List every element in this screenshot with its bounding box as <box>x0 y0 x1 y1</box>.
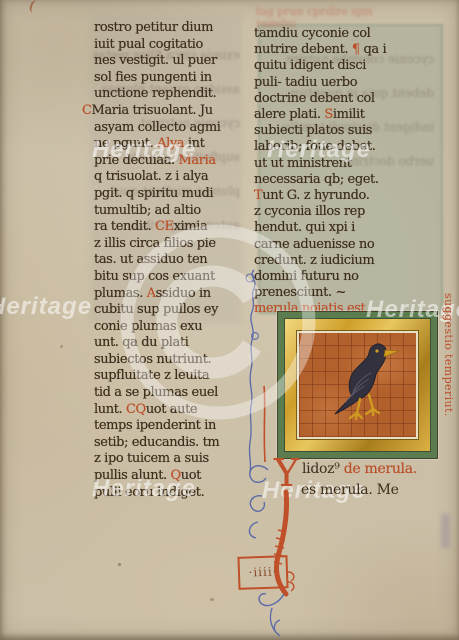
initial-pen-flourish <box>228 452 318 640</box>
body-text: uot aute <box>146 402 197 417</box>
body-text: tamdiu cyconie col <box>254 26 370 41</box>
rubricated-text: Maria <box>179 153 216 168</box>
caption-author: lidoz⁹ <box>302 461 344 477</box>
body-text: carne aduenisse no <box>254 237 374 252</box>
body-text: uot <box>181 468 201 483</box>
body-text: z ipo tuicem a suis <box>94 451 209 466</box>
body-text: tas. ut assiduo ten <box>94 252 207 267</box>
body-text: tumultib; ad altio <box>94 203 201 218</box>
body-text: prie decuiaa. <box>94 153 179 168</box>
body-text: z illis circa filios pie <box>94 236 216 251</box>
body-text: doctrine debent col <box>254 91 375 106</box>
body-text: alere plati. <box>254 107 324 122</box>
vertical-margin-rubric: suggestio temperiut. <box>442 293 455 417</box>
text-column-right: tamdiu cyconie colnutrire debent. ¶ qa i… <box>254 26 386 318</box>
body-text: unt. qa du plati <box>94 335 188 350</box>
body-text: sol fies pungenti in <box>94 70 212 85</box>
caption-line-2: es merula. Me <box>301 482 399 498</box>
inner-frame-line <box>296 330 419 440</box>
caption-rubric: de merula. <box>344 461 417 477</box>
body-text: ssiduo in <box>156 286 211 301</box>
rubricated-text: CQ <box>126 402 146 417</box>
body-text: cubitu sup pullos ey <box>94 302 218 317</box>
body-text: nutrire debent. <box>254 42 352 57</box>
body-text: pulli eoru indiget. <box>94 485 204 500</box>
gold-frame-band <box>284 318 431 452</box>
rubricated-text: C <box>82 103 92 118</box>
body-text: necessaria qb; eget. <box>254 172 379 187</box>
body-text: laborib; foue debet. <box>254 139 376 154</box>
body-text: ximia <box>174 219 208 234</box>
body-text: q trisuolat. z i alya <box>94 169 208 184</box>
body-text: quitu idigent disci <box>254 58 366 73</box>
body-text: conie plumas exu <box>94 319 202 334</box>
body-text: int <box>184 136 204 151</box>
caption-line-1: lidoz⁹ de merula. <box>302 461 417 477</box>
body-text: hendut. qui xpi i <box>254 220 355 235</box>
rubricated-text: A <box>147 286 156 301</box>
body-text: puli- tadiu uerbo <box>254 75 357 90</box>
body-text: pullis alunt. <box>94 468 171 483</box>
speck <box>210 598 214 601</box>
heritage-watermark: Heritage <box>0 293 92 321</box>
body-text: asyam collecto agmi <box>94 120 221 135</box>
body-text: imilit <box>333 107 365 122</box>
body-text: temps ipenderint in <box>94 418 216 433</box>
speck <box>118 563 121 566</box>
rubricated-text: CE <box>155 219 174 234</box>
manuscript-photo: eximia circa filios pietas assiduo exuan… <box>0 0 459 640</box>
body-text: plumas. <box>94 286 147 301</box>
body-text: lunt. <box>94 402 126 417</box>
body-text: rostro petitur dium <box>94 20 213 35</box>
body-text: supfluitate z leuita <box>94 368 209 383</box>
miniature-field <box>299 333 416 437</box>
body-text: pgit. q spiritu mudi <box>94 186 213 201</box>
body-text: tid a se plumas euel <box>94 385 218 400</box>
body-text: subiectos nutriunt. <box>94 352 211 367</box>
body-text: z cyconia illos rep <box>254 204 365 219</box>
body-text: prenesciunt. ~ <box>254 285 346 300</box>
body-text: qa i <box>360 42 387 57</box>
body-text: subiecti platos suis <box>254 123 372 138</box>
body-text: ut ut ministrent <box>254 156 351 171</box>
text-column-left: rostro petitur diumiuit pual cogitatione… <box>94 20 221 501</box>
rubricated-text: ¶ <box>352 42 360 57</box>
body-text: setib; educandis. tm <box>94 435 219 450</box>
decorated-initial-Y: Y <box>274 454 299 492</box>
quire-signature-box: ·iiii· <box>237 555 288 590</box>
body-text: unt G. z hyrundo. <box>262 188 369 203</box>
body-text: nes vestigit. ul puer <box>94 53 217 68</box>
body-text: iuit pual cogitatio <box>94 37 203 52</box>
rubricated-text: S <box>324 107 333 122</box>
body-text: domini futuru no <box>254 269 359 284</box>
miniature-frame <box>277 311 438 459</box>
body-text: unctione rephendit. <box>94 86 216 101</box>
body-text: ne pgunt. <box>94 136 157 151</box>
body-text: credunt. z iudicium <box>254 253 374 268</box>
speck <box>60 345 63 348</box>
body-text: bitu sup cos exuant <box>94 269 215 284</box>
blackbird-icon <box>305 337 407 431</box>
parchment-fiber-mark <box>28 0 44 16</box>
rubricated-text: Q <box>171 468 181 483</box>
rubricated-text: Alya <box>157 136 184 151</box>
body-text: Maria trisuolant. Ju <box>92 103 213 118</box>
body-text: ra tendit. <box>94 219 155 234</box>
ink-smudge <box>441 514 450 548</box>
